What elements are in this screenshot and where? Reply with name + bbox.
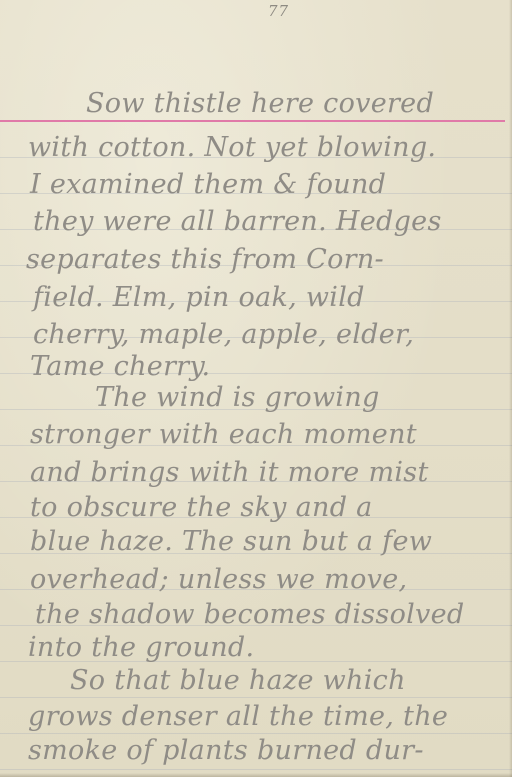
text-line: smoke of plants burned dur- <box>28 736 424 766</box>
paragraph-start-line: The wind is growing <box>95 383 380 413</box>
text-line: to obscure the sky and a <box>30 493 373 523</box>
page-number: 77 <box>268 2 289 20</box>
text-line: into the ground. <box>28 633 254 663</box>
page-edge-bottom <box>0 773 512 777</box>
text-line: they were all barren. Hedges <box>33 207 442 237</box>
text-line: field. Elm, pin oak, wild <box>33 283 365 313</box>
text-line: cherry, maple, apple, elder, <box>33 320 414 350</box>
ruled-line <box>0 733 512 734</box>
text-line: blue haze. The sun but a few <box>30 527 432 557</box>
ruled-line <box>0 769 512 770</box>
ruled-line <box>0 697 512 698</box>
text-line: stronger with each moment <box>30 420 417 450</box>
text-line: with cotton. Not yet blowing. <box>28 133 436 163</box>
text-line: I examined them & found <box>30 170 386 200</box>
paragraph-start-line: So that blue haze which <box>70 666 406 696</box>
text-line: Tame cherry. <box>30 352 210 382</box>
text-line: and brings with it more mist <box>30 458 429 488</box>
text-line: separates this from Corn- <box>26 245 384 275</box>
text-line: grows denser all the time, the <box>28 702 448 732</box>
text-line: the shadow becomes dissolved <box>35 600 464 630</box>
notebook-page: 77 Sow thistle here covered with cotton.… <box>0 0 512 777</box>
text-line: overhead; unless we move, <box>30 565 407 595</box>
margin-line <box>0 120 505 122</box>
text-line: Sow thistle here covered <box>86 89 434 119</box>
